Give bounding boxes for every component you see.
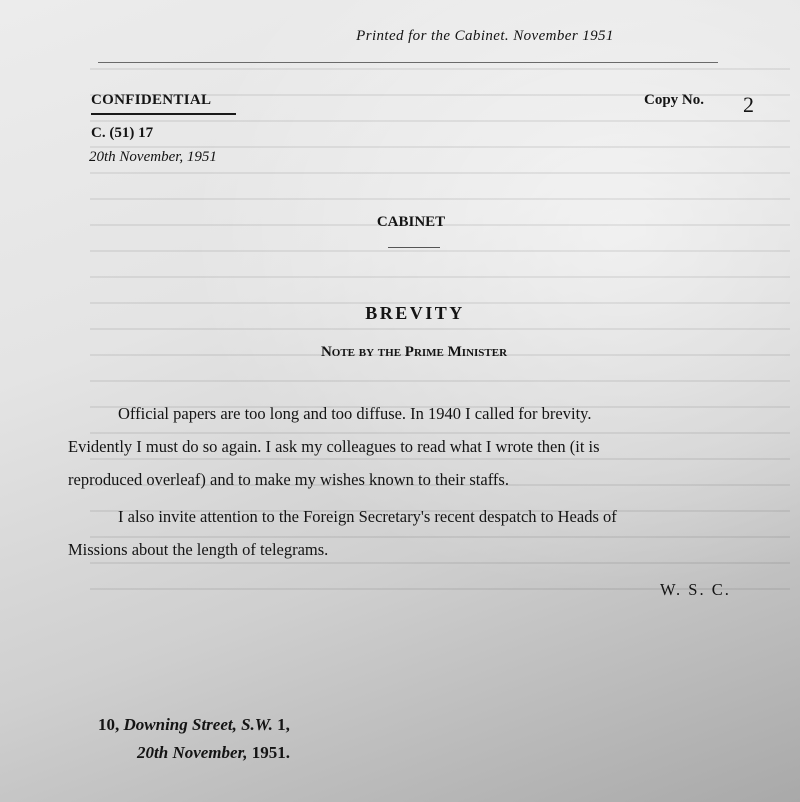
- paragraph-line: reproduced overleaf) and to make my wish…: [68, 463, 768, 496]
- classification-underline: [91, 113, 236, 115]
- address-date-year: 1951.: [248, 743, 291, 762]
- paragraph-line: Missions about the length of telegrams.: [68, 533, 768, 566]
- byline: Note by the Prime Minister: [0, 344, 800, 361]
- document-reference: C. (51) 17: [91, 125, 153, 142]
- address-date: 20th November, 1951.: [137, 743, 290, 763]
- printed-for-line: Printed for the Cabinet. November 1951: [0, 28, 800, 45]
- header-rule: [98, 62, 718, 63]
- paragraph-2: I also invite attention to the Foreign S…: [68, 500, 768, 566]
- paragraph-line: I also invite attention to the Foreign S…: [68, 500, 768, 533]
- document-date: 20th November, 1951: [89, 149, 217, 166]
- address-street: Downing Street, S.W.: [124, 715, 273, 734]
- copy-number: 2: [743, 92, 754, 118]
- address-district: 1,: [273, 715, 290, 734]
- address-date-ordinal: 20th: [137, 743, 168, 762]
- classification-label: CONFIDENTIAL: [91, 92, 211, 109]
- paragraph-line: Official papers are too long and too dif…: [68, 397, 768, 430]
- date-rest: November, 1951: [116, 149, 217, 165]
- paragraph-1: Official papers are too long and too dif…: [68, 397, 768, 496]
- paragraph-line: Evidently I must do so again. I ask my c…: [68, 430, 768, 463]
- copy-label: Copy No.: [644, 92, 704, 109]
- address-number: 10,: [98, 715, 124, 734]
- heading-rule: [388, 247, 440, 248]
- address-line: 10, Downing Street, S.W. 1,: [98, 715, 290, 735]
- signature-initials: W. S. C.: [660, 580, 731, 600]
- body-heading: CABINET: [0, 214, 800, 231]
- date-ordinal: 20th: [89, 149, 116, 165]
- address-date-month: November,: [168, 743, 247, 762]
- subject-title: BREVITY: [0, 303, 800, 324]
